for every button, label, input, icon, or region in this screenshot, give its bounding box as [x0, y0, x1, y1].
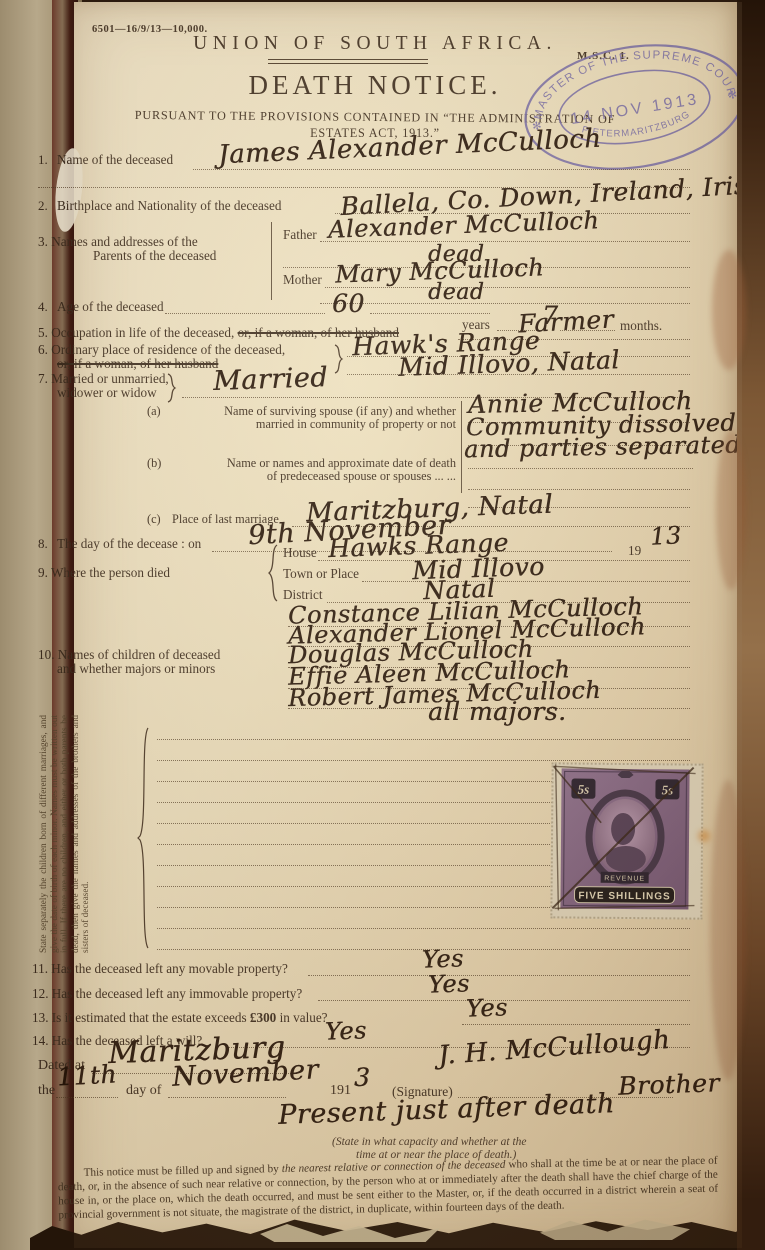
the-label: the: [38, 1083, 55, 1099]
q8-label: The day of the decease : on: [57, 536, 201, 552]
q2-number: 2.: [38, 198, 48, 214]
q13-amount: £300: [250, 1010, 276, 1025]
margin-brace: [136, 726, 152, 955]
q10-label2: and whether majors or minors: [57, 661, 215, 677]
ruled-dotted-2: [157, 760, 690, 761]
q1-number: 1.: [38, 152, 48, 168]
q10-note: all majors.: [428, 699, 566, 724]
q7ab-brace-line: [461, 401, 462, 493]
q4-value: 60: [332, 291, 365, 316]
stain-4: [698, 830, 710, 842]
stain-1: [712, 250, 746, 370]
capacity-note-line1: (State in what capacity and whether at t…: [332, 1136, 527, 1148]
q12-label: 12. Has the deceased left any immovable …: [32, 986, 302, 1002]
q3-mother-dotted: [325, 287, 690, 288]
margin-instructions: State separately the children born of di…: [39, 715, 111, 953]
q3-mother-note: dead: [428, 282, 484, 304]
q3-label2: Parents of the deceased: [93, 248, 216, 264]
q4-number: 4.: [38, 299, 48, 315]
q9-label: 9. Where the person died: [38, 565, 170, 581]
day-of-label: day of: [126, 1083, 161, 1099]
q11-dotted: [308, 975, 690, 976]
q7a-dotted3: [468, 468, 693, 469]
day-dotted: [56, 1097, 118, 1098]
stamp-cancellation-marks: [550, 762, 699, 915]
q4-months-label: months.: [620, 318, 662, 334]
q7-label2: widower or widow: [57, 385, 157, 401]
q7a-value3: and parties separated: [464, 433, 741, 462]
q3-brace-line: [271, 222, 272, 300]
q2-label: Birthplace and Nationality of the deceas…: [57, 198, 281, 214]
q1-dotted-line: [193, 169, 690, 170]
title-rule: [268, 59, 428, 64]
q12-value: Yes: [428, 971, 471, 996]
q1-label: Name of the deceased: [57, 152, 173, 168]
q8-year-value: 13: [649, 523, 682, 549]
q7a-number: (a): [147, 404, 161, 419]
stain-3: [710, 780, 746, 1080]
q7b-dotted1: [468, 489, 690, 490]
year-value: 3: [354, 1065, 370, 1090]
q3-father-label: Father: [283, 227, 317, 243]
q13-value: Yes: [466, 995, 509, 1020]
q11-label: 11. Has the deceased left any movable pr…: [32, 961, 288, 977]
q6-struck-text: or, if a woman, of her husband: [57, 356, 218, 372]
q9-town-label: Town or Place: [283, 566, 359, 582]
q4-label: Age of the deceased: [57, 299, 164, 315]
q7a-label2: married in community of property or not: [170, 417, 456, 432]
month-dotted: [168, 1097, 286, 1098]
month-value: November: [171, 1056, 319, 1091]
q6-value2: Mid Illovo, Natal: [398, 347, 621, 380]
q6-brace: [333, 343, 345, 380]
q7c-number: (c): [147, 512, 161, 527]
q4-dotted1: [165, 313, 325, 314]
q7-value: Married: [213, 364, 329, 395]
ruled-dotted-10: [157, 928, 690, 929]
q11-value: Yes: [422, 946, 465, 971]
revenue-stamp: 5s 5s REVENUE FIVE SHILLINGS: [550, 762, 703, 919]
q9-brace: [266, 543, 280, 608]
ruled-dotted-1: [157, 739, 690, 740]
q7b-number: (b): [147, 456, 161, 471]
page-title: UNION OF SOUTH AFRICA.: [180, 33, 570, 55]
torn-right-edge: [737, 0, 765, 1250]
q3-mother-label: Mother: [283, 272, 322, 288]
q8-number: 8.: [38, 536, 48, 552]
q4-dotted2: [370, 313, 490, 314]
q13-label: 13. Is it estimated that the estate exce…: [32, 1010, 328, 1026]
stain-2: [716, 430, 746, 590]
day-value: 11th: [56, 1061, 117, 1089]
q14-value: Yes: [325, 1018, 368, 1043]
q9-house-label: House: [283, 545, 317, 561]
q5-label: 5. Occupation in life of the deceased, o…: [38, 325, 399, 341]
death-notice-document: 6501—16/9/13—10,000. UNION OF SOUTH AFRI…: [0, 0, 765, 1250]
q8-year-print: 19: [628, 543, 641, 559]
q3-mother-dotted2: [320, 303, 690, 304]
capacity-value: Brother: [618, 1070, 721, 1099]
q7b-label2: of predeceased spouse or spouses ... ...: [170, 469, 456, 484]
